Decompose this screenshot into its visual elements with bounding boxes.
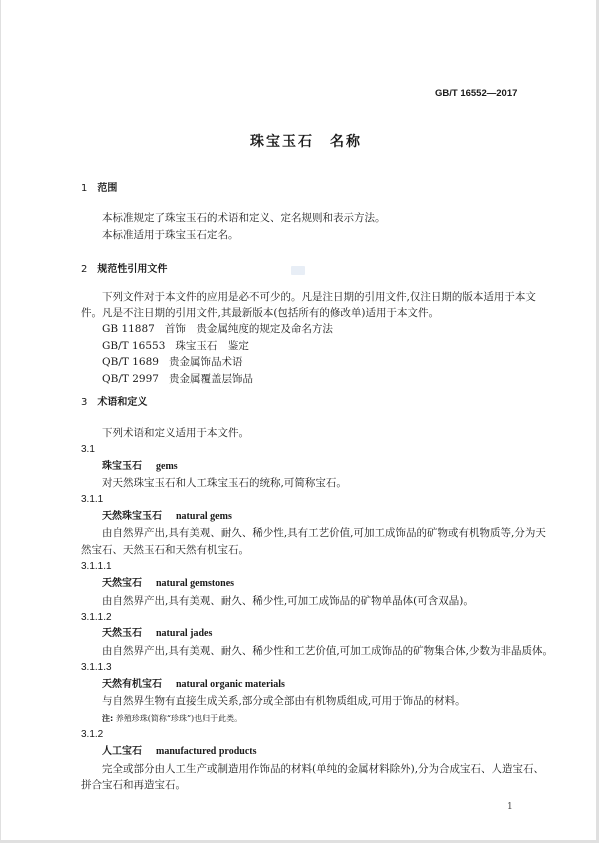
term-zh: 天然珠宝玉石 [102,511,162,522]
reference-title: 珠宝玉石 鉴定 [175,340,249,352]
watermark-logo [291,266,305,275]
reference-item: GB 11887 首饰 贵金属纯度的规定及命名方法 [102,322,333,336]
section-heading-2: 2规范性引用文件 [81,263,167,277]
clause-number: 3.1.2 [81,728,103,742]
paragraph: 下列术语和定义适用于本文件。 [102,426,249,440]
section-heading-1: 1范围 [81,182,117,196]
reference-code: GB 11887 [102,323,155,335]
clause-number: 3.1.1 [81,493,103,507]
term-zh: 天然宝石 [102,578,142,589]
clause-number: 3.1.1.3 [81,661,112,675]
reference-code: QB/T 2997 [102,373,159,385]
term-en: natural organic materials [176,679,285,690]
term-definition: 由自然界产出,具有美观、耐久、稀少性和工艺价值,可加工成饰品的矿物集合体,少数为… [102,644,553,658]
section-heading-3: 3术语和定义 [81,396,147,410]
reference-title: 首饰 贵金属纯度的规定及命名方法 [165,323,333,335]
reference-title: 贵金属覆盖层饰品 [169,373,253,385]
term-definition: 由自然界产出,具有美观、耐久、稀少性,可加工成饰品的矿物单晶体(可含双晶)。 [102,594,474,608]
term-heading: 天然有机宝石natural organic materials [102,678,285,692]
section-number: 2 [81,264,87,275]
term-zh: 天然玉石 [102,628,142,639]
term-heading: 天然玉石natural jades [102,627,212,641]
section-title: 范围 [97,183,117,194]
section-title: 术语和定义 [97,397,147,408]
paragraph: 下列文件对于本文件的应用是必不可少的。凡是注日期的引用文件,仅注日期的版本适用于… [102,290,536,304]
term-note: 注: 养殖珍珠(简称“珍珠”)也归于此类。 [102,712,242,726]
reference-item: GB/T 16553 珠宝玉石 鉴定 [102,339,249,353]
reference-code: GB/T 16553 [102,340,165,352]
note-text: 养殖珍珠(简称“珍珠”)也归于此类。 [116,714,242,723]
reference-code: QB/T 1689 [102,356,159,368]
term-definition: 由自然界产出,具有美观、耐久、稀少性,具有工艺价值,可加工成饰品的矿物或有机物质… [102,526,546,540]
clause-number: 3.1 [81,443,95,457]
term-en: natural gems [176,511,232,522]
standard-number: GB/T 16552—2017 [435,87,517,101]
term-heading: 天然宝石natural gemstones [102,577,234,591]
section-title: 规范性引用文件 [97,264,167,275]
page-number: 1 [507,800,513,814]
term-en: gems [156,461,178,472]
term-en: manufactured products [156,746,256,757]
clause-number: 3.1.1.2 [81,611,112,625]
paragraph: 本标准适用于珠宝玉石定名。 [102,228,239,242]
term-zh: 珠宝玉石 [102,461,142,472]
reference-item: QB/T 1689 贵金属饰品术语 [102,355,242,369]
term-zh: 天然有机宝石 [102,679,162,690]
reference-item: QB/T 2997 贵金属覆盖层饰品 [102,372,253,386]
term-zh: 人工宝石 [102,746,142,757]
document-page: GB/T 16552—2017 珠宝玉石 名称 1范围 本标准规定了珠宝玉石的术… [1,0,596,840]
term-definition: 对天然珠宝玉石和人工珠宝玉石的统称,可简称宝石。 [102,476,347,490]
term-definition: 与自然界生物有直接生成关系,部分或全部由有机物质组成,可用于饰品的材料。 [102,694,466,708]
section-number: 3 [81,397,87,408]
paragraph: 件。凡是不注日期的引用文件,其最新版本(包括所有的修改单)适用于本文件。 [81,306,439,320]
term-heading: 天然珠宝玉石natural gems [102,510,232,524]
section-number: 1 [81,183,87,194]
document-title: 珠宝玉石 名称 [250,135,362,149]
reference-title: 贵金属饰品术语 [169,356,243,368]
term-definition: 拼合宝石和再造宝石。 [81,778,186,792]
term-heading: 人工宝石manufactured products [102,745,256,759]
term-en: natural gemstones [156,578,234,589]
term-heading: 珠宝玉石gems [102,460,178,474]
term-en: natural jades [156,628,212,639]
clause-number: 3.1.1.1 [81,560,112,574]
term-definition: 然宝石、天然玉石和天然有机宝石。 [81,543,249,557]
term-definition: 完全或部分由人工生产或制造用作饰品的材料(单纯的金属材料除外),分为合成宝石、人… [102,762,544,776]
paragraph: 本标准规定了珠宝玉石的术语和定义、定名规则和表示方法。 [102,211,386,225]
note-label: 注: [102,714,113,723]
